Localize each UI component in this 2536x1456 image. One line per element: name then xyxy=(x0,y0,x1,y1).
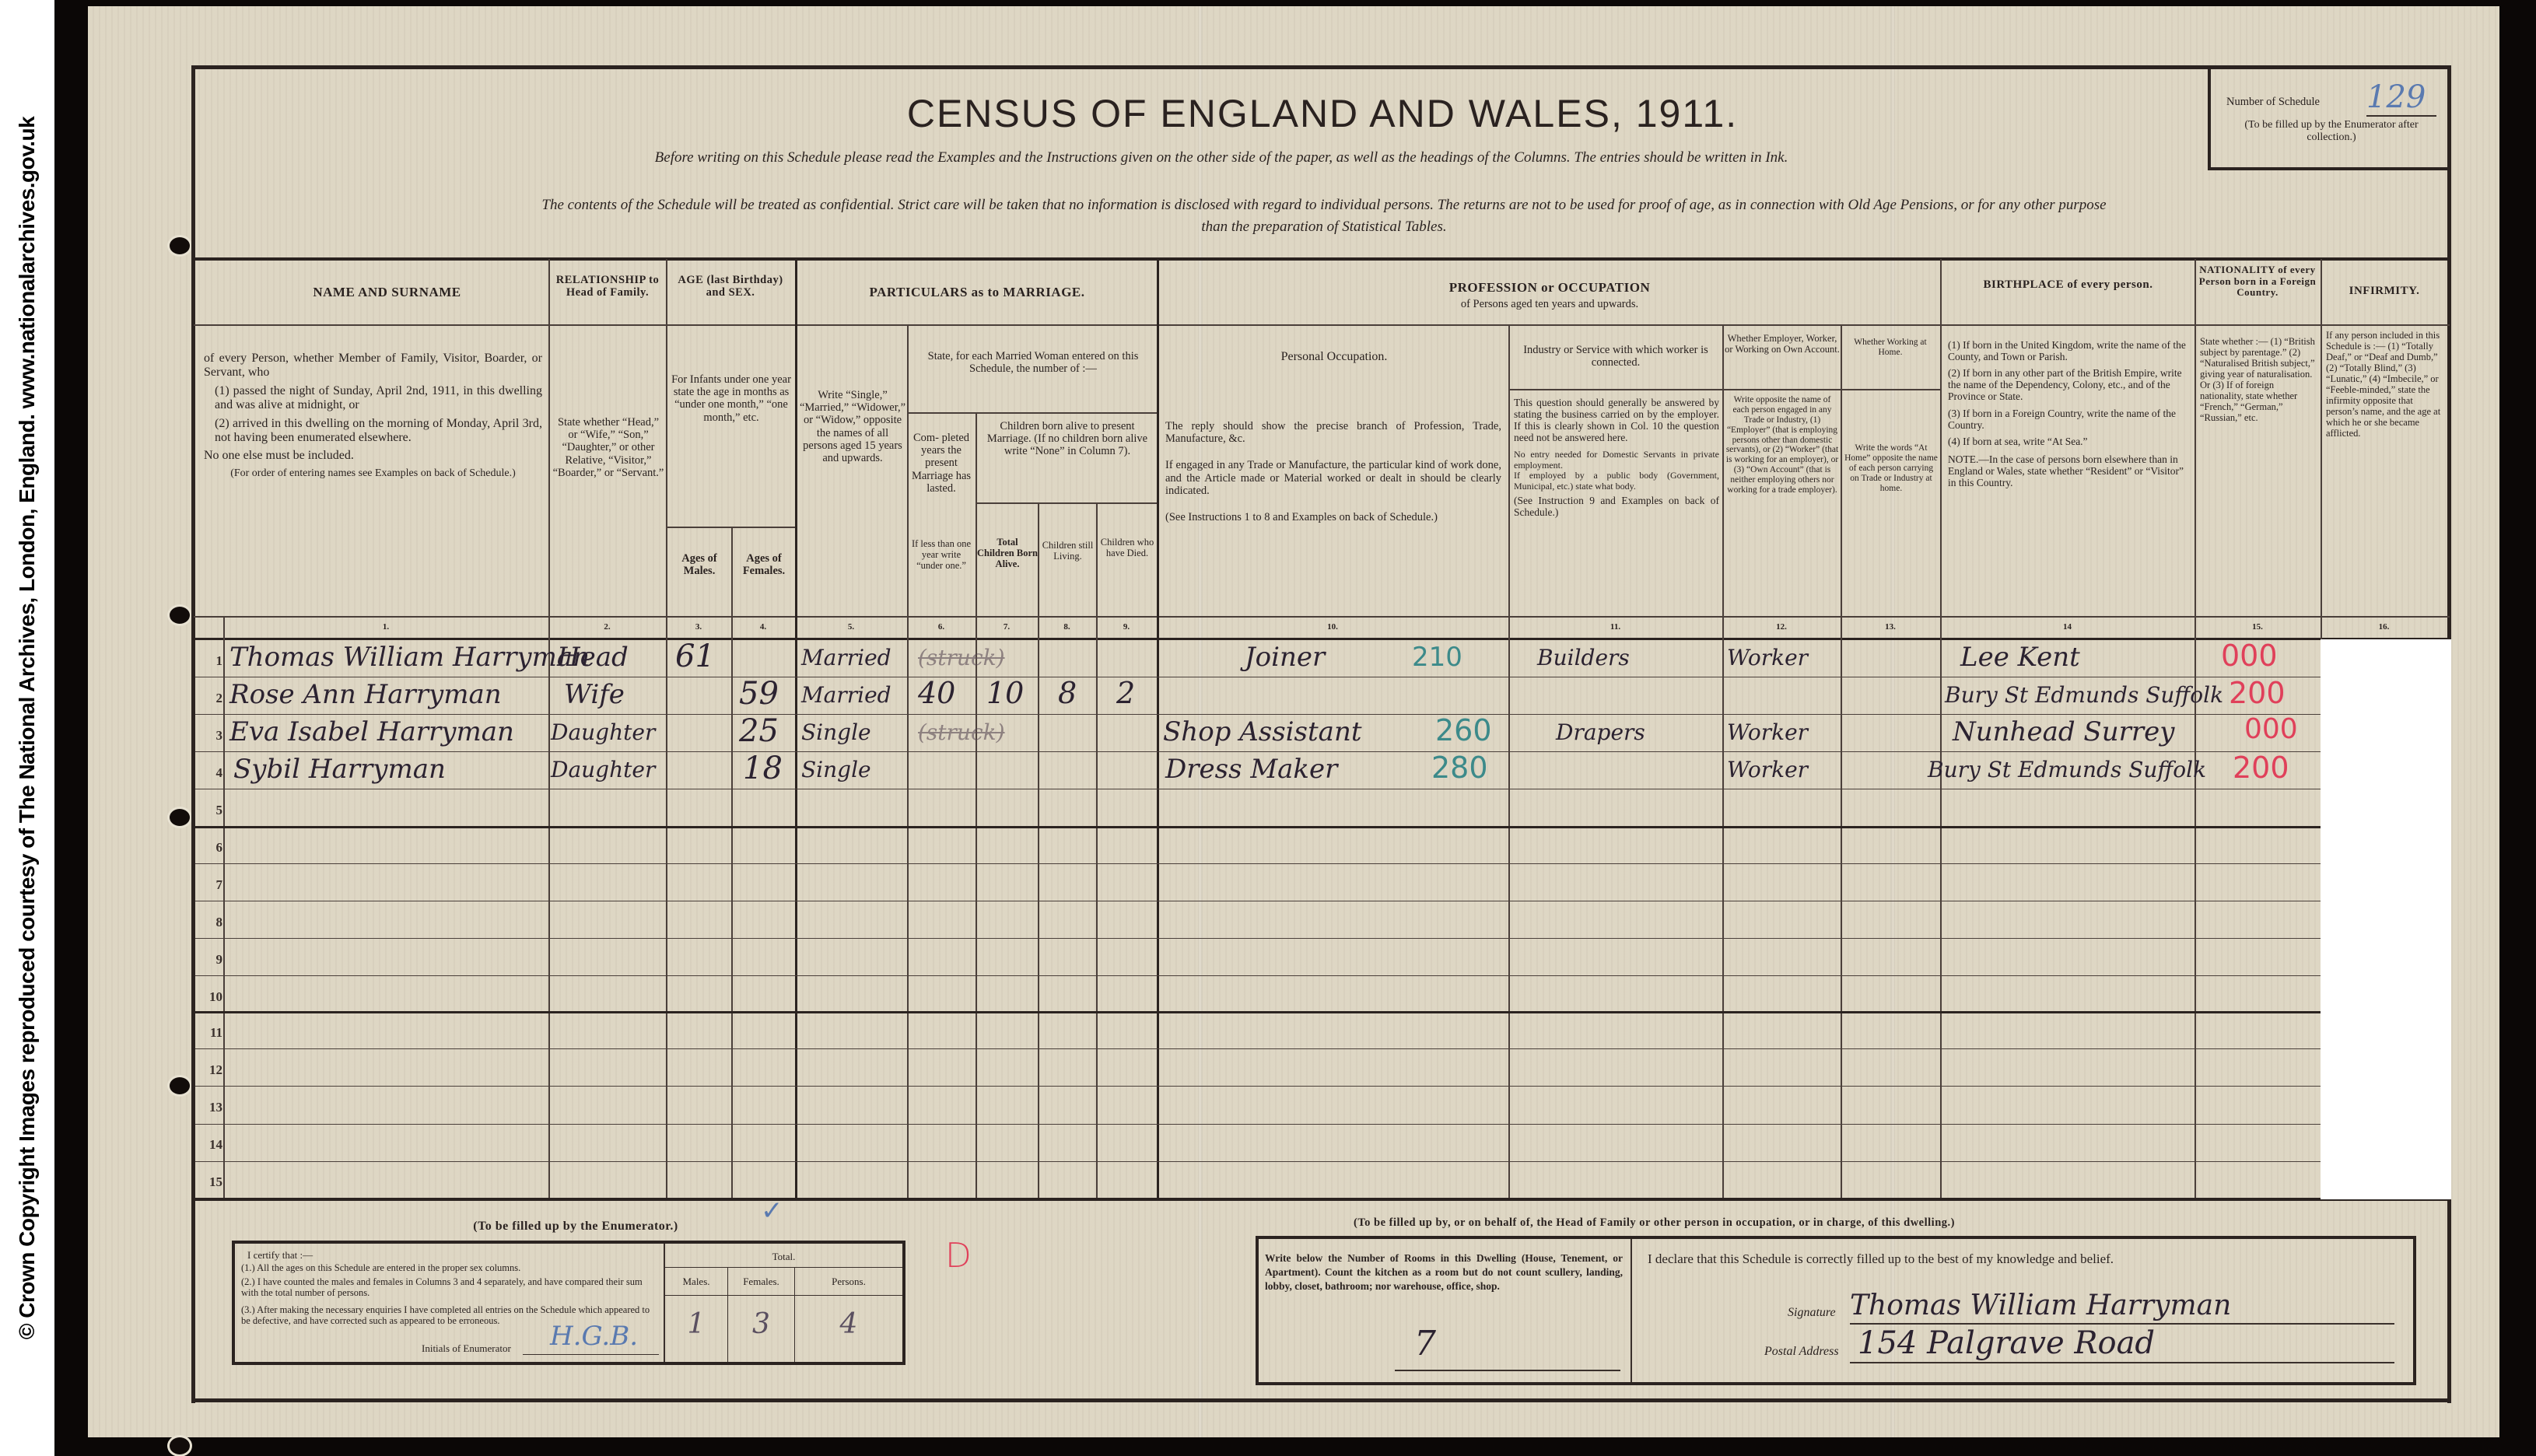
cell-name[interactable]: Rose Ann Harryman xyxy=(229,680,502,709)
col-divider xyxy=(1841,324,1842,1198)
cell-marital[interactable]: Married xyxy=(801,683,891,707)
cell-birthplace[interactable]: Nunhead Surrey xyxy=(1953,717,2174,747)
colnum-9: 9. xyxy=(1096,622,1157,632)
cell-employer-status[interactable]: Worker xyxy=(1727,720,1808,744)
colnum-2: 2. xyxy=(548,622,666,632)
signature-underline xyxy=(1850,1323,2394,1325)
colnum-6: 6. xyxy=(907,622,976,632)
row-number: 7 xyxy=(194,877,222,892)
col-birthplace-desc-2: (2) If born in any other part of the Bri… xyxy=(1948,367,2191,402)
cell-age-female[interactable]: 18 xyxy=(743,751,783,786)
cell-industry[interactable]: Builders xyxy=(1537,646,1630,670)
head-section-title: (To be filled up by, or on behalf of, th… xyxy=(1354,1216,2334,1229)
cell-marital[interactable]: Single xyxy=(801,720,871,744)
row-line xyxy=(195,714,2447,715)
col-children-living: Children still Living. xyxy=(1039,540,1096,562)
header-subline xyxy=(666,527,795,528)
col-employer-desc: Write opposite the name of each person e… xyxy=(1725,395,1839,495)
cell-birthplace[interactable]: Bury St Edmunds Suffolk xyxy=(1945,683,2223,707)
totals-females-value[interactable]: 3 xyxy=(728,1309,794,1340)
colnum-3: 3. xyxy=(666,622,731,632)
header-subline xyxy=(907,412,1157,414)
col-industry: Industry or Service with which worker is… xyxy=(1511,344,1721,369)
col-birthplace-desc: (1) If born in the United Kingdom, write… xyxy=(1948,339,2191,488)
cell-employer-status[interactable]: Worker xyxy=(1727,758,1808,782)
col-personal-desc-1: The reply should show the precise branch… xyxy=(1165,420,1501,445)
header-subline xyxy=(976,502,1157,504)
totals-line xyxy=(665,1295,902,1296)
col-divider xyxy=(1508,324,1510,1198)
enumerator-box: I certify that :— (1.) All the ages on t… xyxy=(232,1241,905,1365)
row-line-thick xyxy=(195,826,2447,828)
totals-males-label: Males. xyxy=(665,1276,727,1288)
col-nationality-desc: State whether :— (1) “British subject by… xyxy=(2200,336,2317,423)
frame-bottom xyxy=(191,1398,2451,1402)
cell-employer-status[interactable]: Worker xyxy=(1727,646,1808,670)
rooms-divider xyxy=(1631,1239,1632,1382)
punch-hole-icon xyxy=(170,1077,190,1094)
enumerator-item-2: (2.) I have counted the males and female… xyxy=(241,1276,661,1298)
col-marriage-children-desc: Children born alive to present Marriage.… xyxy=(979,420,1156,458)
row-number: 15 xyxy=(194,1174,222,1189)
enumerator-certify: I certify that :— xyxy=(247,1250,313,1262)
row-line xyxy=(195,863,2447,864)
cell-years-married-struck[interactable]: (struck) xyxy=(918,646,1005,670)
row-line xyxy=(195,1161,2447,1162)
punch-hole-icon xyxy=(170,607,190,624)
col-occupation-subtitle: of Persons aged ten years and upwards. xyxy=(1159,298,1940,310)
address-value[interactable]: 154 Palgrave Road xyxy=(1858,1326,2155,1361)
page-title: CENSUS OF ENGLAND AND WALES, 1911. xyxy=(856,92,1789,135)
red-mark: D xyxy=(945,1237,972,1275)
cell-relationship[interactable]: Daughter xyxy=(551,720,655,744)
cell-age-female[interactable]: 59 xyxy=(739,677,779,712)
row-line xyxy=(195,901,2447,901)
col-children-died: Children who have Died. xyxy=(1098,537,1157,558)
col-birthplace-title: BIRTHPLACE of every person. xyxy=(1942,278,2194,292)
col-birthplace-desc-3: (3) If born in a Foreign Country, write … xyxy=(1948,408,2191,431)
header-title-row-line xyxy=(194,324,2450,326)
frame-top xyxy=(194,65,2450,69)
col-name-desc-4: No one else must be included. xyxy=(204,449,542,463)
cell-occupation[interactable]: Shop Assistant xyxy=(1163,717,1362,747)
redaction-patch xyxy=(2321,639,2451,1199)
initials-underline xyxy=(523,1354,659,1355)
colnum-13: 13. xyxy=(1841,622,1940,632)
colnum-12: 12. xyxy=(1722,622,1841,632)
cell-age-female[interactable]: 25 xyxy=(739,714,779,749)
row-line xyxy=(195,789,2447,789)
data-start-line xyxy=(194,638,2450,640)
row-number: 12 xyxy=(194,1062,222,1077)
col-divider xyxy=(1157,259,1159,1198)
col-personal-occupation: Personal Occupation. xyxy=(1161,350,1508,364)
col-age-males: Ages of Males. xyxy=(667,552,731,577)
row-line-thick xyxy=(195,1011,2447,1013)
totals-males-value[interactable]: 1 xyxy=(665,1309,727,1340)
cell-occupation-code[interactable]: 280 xyxy=(1431,751,1488,785)
address-label: Postal Address xyxy=(1764,1345,1839,1359)
col-divider xyxy=(666,259,667,1198)
col-name-desc-2: (1) passed the night of Sunday, April 2n… xyxy=(204,384,542,412)
row-number: 5 xyxy=(194,803,222,817)
confidential-text-line1: The contents of the Schedule will be tre… xyxy=(204,197,2444,213)
col-name-title: NAME AND SURNAME xyxy=(226,285,548,299)
schedule-number-value[interactable]: 129 xyxy=(2366,80,2436,117)
cell-occupation-code[interactable]: 210 xyxy=(1412,642,1462,672)
address-underline xyxy=(1850,1362,2394,1363)
cell-relationship[interactable]: Daughter xyxy=(551,758,655,782)
col-employer: Whether Employer, Worker, or Working on … xyxy=(1725,333,1840,355)
row-number: 1 xyxy=(194,653,222,668)
instruction-text: Before writing on this Schedule please r… xyxy=(233,149,2209,166)
cell-children-died[interactable]: 2 xyxy=(1116,677,1135,710)
punch-hole-icon xyxy=(170,1437,190,1454)
totals-line xyxy=(665,1267,902,1268)
row-line xyxy=(195,677,2447,677)
cell-occupation[interactable]: Joiner xyxy=(1245,642,1325,672)
col-marriage-woman-desc: State, for each Married Woman entered on… xyxy=(910,350,1156,375)
colnum-row-line xyxy=(194,616,2450,618)
col-marriage-years-desc: Com- pleted years the present Marriage h… xyxy=(909,432,974,495)
enumerator-title: (To be filled up by the Enumerator.) xyxy=(405,1220,747,1234)
enumerator-initials-value[interactable]: H.G.B. xyxy=(550,1321,638,1351)
copyright-strip: © Crown Copyright Images reproduced cour… xyxy=(0,0,54,1456)
col-marriage-years-note: If less than one year write “under one.” xyxy=(909,538,974,571)
col-birthplace-note: NOTE.—In the case of persons born elsewh… xyxy=(1948,453,2191,488)
col-divider xyxy=(1722,324,1724,1198)
row-line xyxy=(195,1086,2447,1087)
col-birthplace-desc-4: (4) If born at sea, write “At Sea.” xyxy=(1948,436,2191,447)
col-name-desc-5: (For order of entering names see Example… xyxy=(204,467,542,480)
rooms-underline xyxy=(1395,1370,1620,1371)
cell-nationality-code[interactable]: 000 xyxy=(2244,714,2298,745)
col-marriage-status-desc: Write “Single,” “Married,” “Widower,” or… xyxy=(798,389,907,464)
col-marriage-title: PARTICULARS as to MARRIAGE. xyxy=(797,285,1157,299)
totals-females-label: Females. xyxy=(728,1276,794,1288)
schedule-number-note: (To be filled up by the Enumerator after… xyxy=(2219,119,2444,143)
colnum-10: 10. xyxy=(1157,622,1508,632)
col-age-desc: For Infants under one year state the age… xyxy=(669,373,793,424)
col-divider xyxy=(976,412,977,1198)
cell-birthplace[interactable]: Bury St Edmunds Suffolk xyxy=(1928,758,2206,782)
row-number: 9 xyxy=(194,952,222,967)
cell-years-married-struck[interactable]: (struck) xyxy=(918,720,1005,744)
head-section-box: Write below the Number of Rooms in this … xyxy=(1256,1236,2416,1385)
col-industry-desc-3: If employed by a public body (Government… xyxy=(1514,471,1719,492)
col-industry-desc-2: No entry needed for Domestic Servants in… xyxy=(1514,450,1719,471)
header-subline xyxy=(1841,389,1940,390)
cell-age-male[interactable]: 61 xyxy=(675,639,715,674)
col-industry-desc-1: This question should generally be answer… xyxy=(1514,397,1719,443)
col-nationality-title: NATIONALITY of every Person born in a Fo… xyxy=(2196,264,2319,299)
signature-value[interactable]: Thomas William Harryman xyxy=(1850,1290,2231,1321)
col-personal-desc-3: (See Instructions 1 to 8 and Examples on… xyxy=(1165,511,1501,523)
cell-occupation[interactable]: Dress Maker xyxy=(1165,754,1337,784)
col-home: Whether Working at Home. xyxy=(1842,338,1939,358)
row-number: 8 xyxy=(194,915,222,929)
col-industry-desc: This question should generally be answer… xyxy=(1514,397,1719,518)
row-line xyxy=(195,938,2447,939)
col-occupation-title: PROFESSION or OCCUPATION xyxy=(1159,280,1940,295)
rooms-instruction: Write below the Number of Rooms in this … xyxy=(1265,1251,1623,1294)
enumerator-initials-label: Initials of Enumerator xyxy=(422,1343,511,1355)
cell-marital[interactable]: Married xyxy=(801,646,891,670)
check-mark-icon: ✓ xyxy=(761,1196,783,1226)
schedule-number-box: Number of Schedule 129 (To be filled up … xyxy=(2208,69,2450,170)
colnum-15: 15. xyxy=(2194,622,2321,632)
confidential-text-line2: than the preparation of Statistical Tabl… xyxy=(204,219,2444,235)
cell-occupation-code[interactable]: 260 xyxy=(1435,714,1492,747)
schedule-number-label: Number of Schedule xyxy=(2226,96,2320,108)
col-name-desc-1: of every Person, whether Member of Famil… xyxy=(204,352,542,380)
colnum-5: 5. xyxy=(795,622,907,632)
enumerator-item-1: (1.) All the ages on this Schedule are e… xyxy=(241,1262,661,1273)
cell-industry[interactable]: Drapers xyxy=(1556,720,1645,744)
cell-nationality-code[interactable]: 200 xyxy=(2229,677,2286,710)
copyright-text: © Crown Copyright Images reproduced cour… xyxy=(15,117,40,1339)
colnum-4: 4. xyxy=(731,622,795,632)
col-home-desc: Write the words “At Home” opposite the n… xyxy=(1844,443,1939,493)
col-infirmity-title: INFIRMITY. xyxy=(2322,285,2447,298)
col-age-title: AGE (last Birthday) and SEX. xyxy=(667,274,793,299)
totals-persons-value[interactable]: 4 xyxy=(795,1309,902,1340)
punch-hole-icon xyxy=(170,809,190,826)
cell-children-born[interactable]: 10 xyxy=(986,677,1024,710)
cell-years-married[interactable]: 40 xyxy=(918,677,955,710)
header-divider xyxy=(194,257,2450,261)
row-number: 6 xyxy=(194,840,222,855)
col-relationship-desc: State whether “Head,” or “Wife,” “Son,” … xyxy=(552,416,664,479)
colnum-14: 14 xyxy=(1940,622,2194,632)
cell-birthplace[interactable]: Lee Kent xyxy=(1960,642,2080,672)
cell-children-living[interactable]: 8 xyxy=(1058,677,1077,710)
row-line xyxy=(195,975,2447,976)
col-name-desc: of every Person, whether Member of Famil… xyxy=(204,352,542,480)
row-line xyxy=(195,751,2447,752)
cell-relationship[interactable]: Wife xyxy=(564,680,625,709)
totals-persons-label: Persons. xyxy=(795,1276,902,1288)
row-number: 11 xyxy=(194,1025,222,1040)
row-number: 14 xyxy=(194,1137,222,1152)
col-birthplace-desc-1: (1) If born in the United Kingdom, write… xyxy=(1948,339,2191,362)
row-line xyxy=(195,1048,2447,1049)
col-divider xyxy=(1940,259,1942,1198)
col-divider xyxy=(1096,502,1098,1198)
data-end-line xyxy=(195,1198,2447,1201)
row-line xyxy=(195,1124,2447,1125)
col-personal-desc-2: If engaged in any Trade or Manufacture, … xyxy=(1165,459,1501,497)
cell-name[interactable]: Thomas William Harryman xyxy=(229,642,590,672)
colnum-16: 16. xyxy=(2321,622,2447,632)
punch-hole-icon xyxy=(170,237,190,254)
row-number: 3 xyxy=(194,728,222,743)
row-number: 2 xyxy=(194,691,222,705)
col-personal-desc: The reply should show the precise branch… xyxy=(1165,420,1501,523)
colnum-8: 8. xyxy=(1038,622,1096,632)
row-number: 13 xyxy=(194,1100,222,1115)
rooms-value[interactable]: 7 xyxy=(1414,1325,1436,1363)
cell-relationship[interactable]: Head xyxy=(557,642,629,672)
cell-name[interactable]: Sybil Harryman xyxy=(233,754,446,784)
declaration-text: I declare that this Schedule is correctl… xyxy=(1648,1251,2114,1266)
totals-label: Total. xyxy=(665,1251,902,1263)
col-industry-desc-4: (See Instruction 9 and Examples on back … xyxy=(1514,495,1719,518)
row-number: 4 xyxy=(194,765,222,780)
col-divider xyxy=(1038,502,1039,1198)
colnum-11: 11. xyxy=(1508,622,1722,632)
cell-nationality-code[interactable]: 000 xyxy=(2221,639,2278,673)
cell-nationality-code[interactable]: 200 xyxy=(2233,751,2289,785)
col-relationship-title: RELATIONSHIP to Head of Family. xyxy=(551,274,664,299)
col-divider xyxy=(2194,259,2196,1198)
colnum-1: 1. xyxy=(223,622,548,632)
signature-label: Signature xyxy=(1788,1306,1836,1320)
col-infirmity-desc: If any person included in this Schedule … xyxy=(2326,330,2444,439)
col-divider xyxy=(795,259,797,1198)
col-age-females: Ages of Females. xyxy=(733,552,795,577)
row-number: 10 xyxy=(194,989,222,1004)
rownum-divider xyxy=(223,616,225,1198)
cell-name[interactable]: Eva Isabel Harryman xyxy=(229,717,514,747)
col-total-born-alive: Total Children Born Alive. xyxy=(977,537,1038,569)
cell-marital[interactable]: Single xyxy=(801,758,871,782)
col-name-desc-3: (2) arrived in this dwelling on the morn… xyxy=(204,417,542,445)
col-divider xyxy=(548,259,550,1198)
colnum-7: 7. xyxy=(976,622,1038,632)
